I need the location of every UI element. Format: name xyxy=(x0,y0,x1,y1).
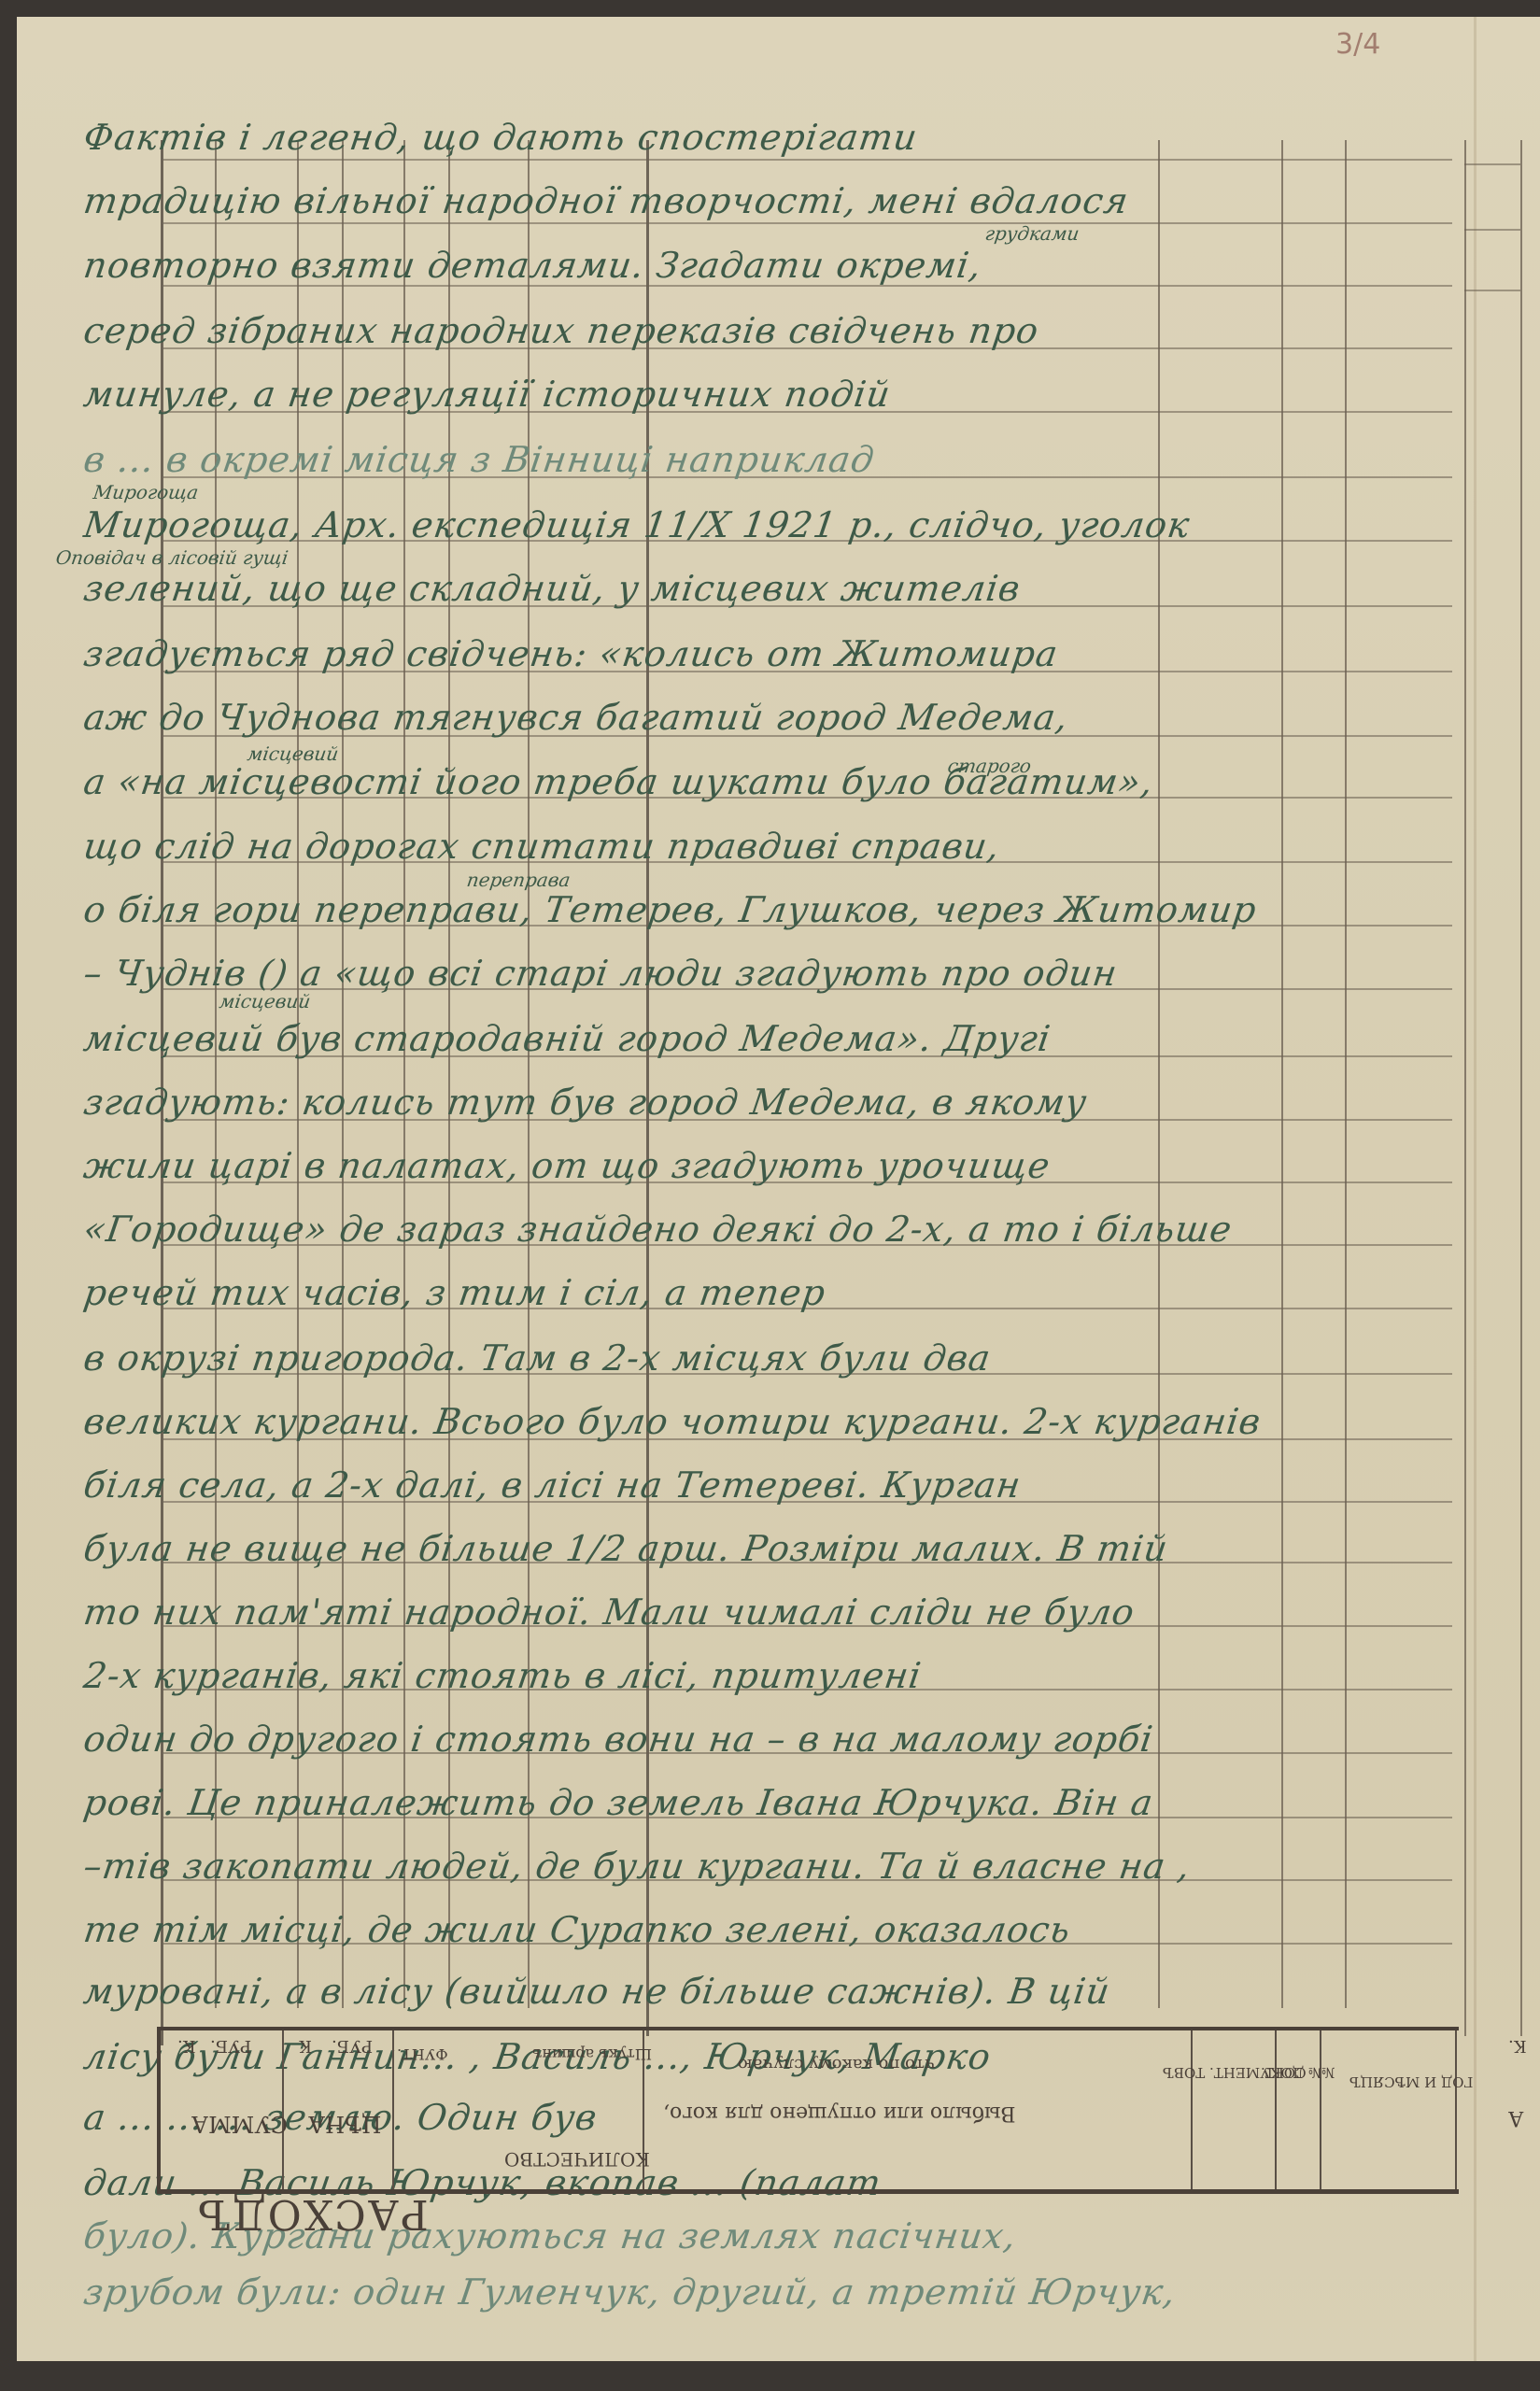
printed-label-reason: что по какому случаю xyxy=(738,2055,936,2074)
margin-note: Оповідач в лісовій гущі xyxy=(54,546,290,569)
paper-fold xyxy=(1474,17,1476,2361)
printed-label-issued-for: Выбыло или отпущено для кого, xyxy=(663,2101,1016,2125)
handwritten-line: о біля гори переправи, Тетерев, Глушков,… xyxy=(81,889,1450,930)
handwritten-line: в окрузі пригорода. Там в 2-х місцях бул… xyxy=(81,1337,1450,1379)
printed-label-document: №№ документ. товъ xyxy=(1163,2064,1335,2081)
ledger-column-line xyxy=(1464,140,1466,2036)
handwritten-line: зрубом були: один Гуменчук, другий, а тр… xyxy=(81,2271,1450,2313)
handwritten-line: –тів закопати людей, де були кургани. Та… xyxy=(81,1846,1450,1887)
form-col-date xyxy=(1320,2030,1457,2189)
handwritten-line: в ... в окремі місця з Вінниці наприклад xyxy=(81,439,1450,480)
handwritten-line: а «на місцевості його треба шукати було … xyxy=(81,761,1450,802)
handwritten-line: муровані, а в лісу (вийшло не більше саж… xyxy=(81,1971,1450,2012)
handwritten-line: рові. Це приналежить до земель Івана Юрч… xyxy=(81,1782,1450,1823)
handwritten-line: згадується ряд свідчень: «колись от Жито… xyxy=(81,633,1450,674)
printed-label-pieces: Штукъ аршинъ xyxy=(532,2045,652,2063)
handwritten-line: – Чуднів () а «що всі старі люди згадуют… xyxy=(81,953,1450,994)
handwritten-line: аж до Чуднова тягнувся багатий город Мед… xyxy=(81,697,1450,738)
handwritten-line: повторно взяти деталями. Згадати окремі, xyxy=(81,245,1450,286)
handwritten-line: Фактів і легенд, що дають спостерігати xyxy=(81,117,1450,158)
handwritten-line: жили царі в палатах, от що згадують уроч… xyxy=(81,1145,1450,1186)
printed-label-price: ЦѢНА xyxy=(308,2111,381,2137)
rule-line xyxy=(1464,290,1520,291)
interlinear-note: переправа xyxy=(465,869,572,891)
printed-label-quantity: КОЛИЧЕСТВО xyxy=(504,2148,650,2171)
handwritten-line: те тім місці, де жили Сурапко зелені, ок… xyxy=(81,1909,1450,1950)
handwritten-line: «Городище» де зараз знайдено деякі до 2-… xyxy=(81,1209,1450,1250)
ledger-column-line xyxy=(1520,140,1522,2036)
printed-label-kop: К. xyxy=(177,2036,196,2056)
printed-label-kop: К xyxy=(299,2036,312,2056)
handwritten-line: один до другого і стоять вони на – в на … xyxy=(81,1719,1450,1760)
printed-label-rub: Руб. xyxy=(332,2036,373,2056)
printed-label-funt: ФУНТ. xyxy=(397,2045,448,2063)
handwritten-line: традицію вільної народної творчості, мен… xyxy=(81,180,1450,221)
handwritten-line: зелений, що ще складний, у місцевих жите… xyxy=(81,568,1450,609)
handwritten-line: згадують: колись тут був город Медема, в… xyxy=(81,1082,1450,1123)
rule-line xyxy=(163,159,1452,161)
handwritten-line: серед зібраних народних переказів свідче… xyxy=(81,310,1450,351)
interlinear-note: старого xyxy=(946,755,1032,777)
printed-label-summa: СУММА xyxy=(191,2111,288,2137)
interlinear-note: грудками xyxy=(983,222,1081,245)
printed-label-k: К. xyxy=(1508,2036,1527,2056)
handwritten-line: Мирогоща, Арх. експедиція 11/X 1921 р., … xyxy=(81,504,1450,545)
form-col-document xyxy=(1191,2030,1277,2189)
handwritten-line: великих кургани. Всього було чотири кург… xyxy=(81,1401,1450,1442)
rule-line xyxy=(1464,163,1520,165)
printed-label-rub: Руб. xyxy=(210,2036,251,2056)
rule-line xyxy=(1464,229,1520,231)
form-col-sort xyxy=(1275,2030,1321,2189)
printed-label-a: А xyxy=(1508,2106,1524,2129)
handwritten-line: 2-х курганів, які стоять в лісі, притуле… xyxy=(81,1655,1450,1696)
handwritten-line: місцевий був стародавній город Медема». … xyxy=(81,1018,1450,1059)
printed-label-sort: СОРТ. xyxy=(1261,2064,1307,2081)
archive-page-mark: 3/4 xyxy=(1335,28,1380,61)
printed-label-date: Год и мѣсяцъ xyxy=(1349,2073,1473,2090)
handwritten-line: що слід на дорогах спитати правдиві спра… xyxy=(81,826,1450,867)
printed-title-rashod: РАСХОДЪ xyxy=(196,2190,429,2238)
handwritten-line: біля села, а 2-х далі, в лісі на Тетерев… xyxy=(81,1464,1450,1506)
rule-line xyxy=(163,222,1452,224)
interlinear-note: місцевий xyxy=(218,990,312,1012)
handwritten-line: минуле, а не регуляції історичних подій xyxy=(81,374,1450,415)
handwritten-line: була не вище не більше 1/2 арш. Розміри … xyxy=(81,1528,1450,1569)
handwritten-line: то них пам'яті народної. Мали чималі слі… xyxy=(81,1592,1450,1633)
margin-note: Мирогоща xyxy=(92,481,200,503)
interlinear-note: місцевий xyxy=(246,743,340,765)
handwritten-line: речей тих часів, з тим і сіл, а тепер xyxy=(81,1272,1450,1313)
